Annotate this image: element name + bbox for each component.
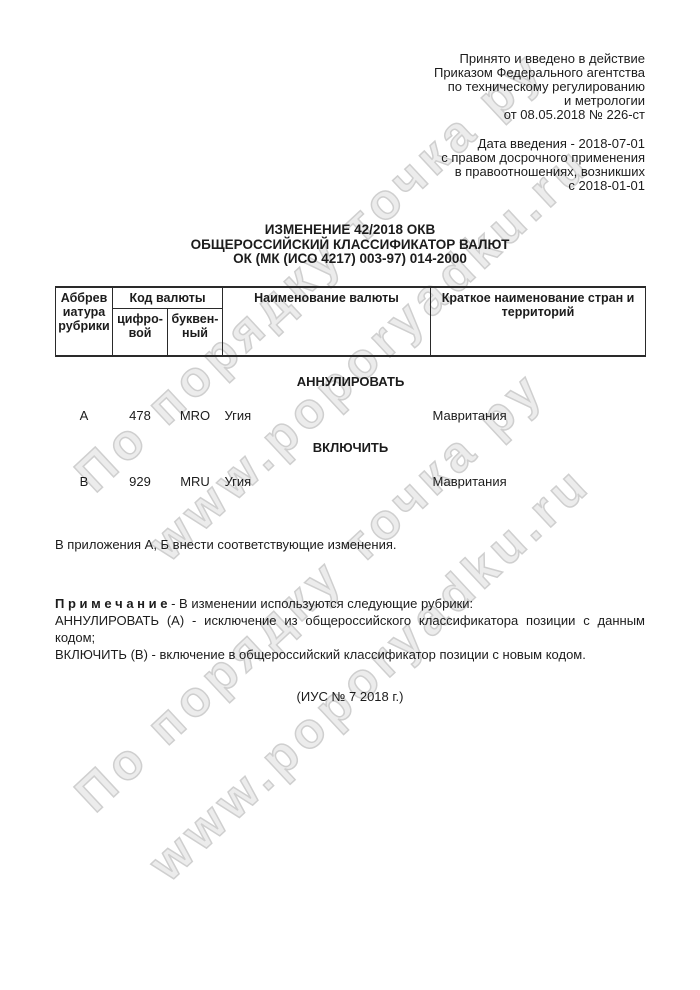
effective-date-block: Дата введения - 2018-07-01 с правом доср… xyxy=(55,122,645,193)
effective-line: с 2018-01-01 xyxy=(55,179,645,193)
document-page: По порядку точка ру www.poporyadku.ru По… xyxy=(0,0,700,990)
document-title: ИЗМЕНЕНИЕ 42/2018 ОКВ ОБЩЕРОССИЙСКИЙ КЛА… xyxy=(55,223,645,267)
cell-rubric: А xyxy=(56,389,113,423)
cell-currency-name: Угия xyxy=(223,455,431,489)
currency-change-table: Аббрев иатура рубрики Код валюты Наимено… xyxy=(55,286,646,489)
note-intro: - В изменении используются следующие руб… xyxy=(167,596,473,611)
adoption-line: по техническому регулированию xyxy=(55,80,645,94)
table-body: АННУЛИРОВАТЬ А 478 MRO Угия Мавритания В… xyxy=(56,356,646,489)
appendix-instruction: В приложения А, Б внести соответствующие… xyxy=(55,538,645,552)
column-header-currency-name: Наименование валюты xyxy=(223,287,431,356)
column-header-alpha-code: буквен- ный xyxy=(168,308,223,356)
effective-line: в правоотношениях, возникших xyxy=(55,165,645,179)
note-intro-line: П р и м е ч а н и е - В изменении исполь… xyxy=(55,595,645,612)
cell-countries: Мавритания xyxy=(431,455,646,489)
cell-currency-name: Угия xyxy=(223,389,431,423)
cell-alpha-code: MRO xyxy=(168,389,223,423)
column-header-countries: Краткое наименование стран и территорий xyxy=(431,287,646,356)
column-header-rubric: Аббрев иатура рубрики xyxy=(56,287,113,356)
effective-line: с правом досрочного применения xyxy=(55,151,645,165)
adoption-line: Принято и введено в действие xyxy=(55,52,645,66)
adoption-line: от 08.05.2018 № 226-ст xyxy=(55,108,645,122)
table-row: В 929 MRU Угия Мавритания xyxy=(56,455,646,489)
cell-countries: Мавритания xyxy=(431,389,646,423)
note-block: П р и м е ч а н и е - В изменении исполь… xyxy=(55,595,645,663)
note-include-definition: ВКЛЮЧИТЬ (В) - включение в общероссийски… xyxy=(55,646,645,663)
table-header: Аббрев иатура рубрики Код валюты Наимено… xyxy=(56,287,646,356)
section-row-cancel: АННУЛИРОВАТЬ xyxy=(56,356,646,389)
section-label-include: ВКЛЮЧИТЬ xyxy=(56,423,646,455)
cell-rubric: В xyxy=(56,455,113,489)
cell-alpha-code: MRU xyxy=(168,455,223,489)
document-content: Принято и введено в действие Приказом Фе… xyxy=(0,0,700,704)
adoption-line: и метрологии xyxy=(55,94,645,108)
title-line-change-number: ИЗМЕНЕНИЕ 42/2018 ОКВ xyxy=(55,223,645,238)
cell-numeric-code: 478 xyxy=(113,389,168,423)
column-header-currency-code: Код валюты xyxy=(113,287,223,309)
adoption-line: Приказом Федерального агентства xyxy=(55,66,645,80)
note-label: П р и м е ч а н и е xyxy=(55,596,167,611)
title-line-classifier-name: ОБЩЕРОССИЙСКИЙ КЛАССИФИКАТОР ВАЛЮТ xyxy=(55,238,645,253)
section-label-cancel: АННУЛИРОВАТЬ xyxy=(56,356,646,389)
effective-line: Дата введения - 2018-07-01 xyxy=(55,137,645,151)
section-row-include: ВКЛЮЧИТЬ xyxy=(56,423,646,455)
note-cancel-definition: АННУЛИРОВАТЬ (А) - исключение из общерос… xyxy=(55,612,645,646)
cell-numeric-code: 929 xyxy=(113,455,168,489)
column-header-numeric-code: цифро- вой xyxy=(113,308,168,356)
publication-source: (ИУС № 7 2018 г.) xyxy=(55,690,645,704)
table-row: А 478 MRO Угия Мавритания xyxy=(56,389,646,423)
adoption-block: Принято и введено в действие Приказом Фе… xyxy=(55,0,645,122)
title-line-classifier-code: ОК (МК (ИСО 4217) 003-97) 014-2000 xyxy=(55,252,645,267)
